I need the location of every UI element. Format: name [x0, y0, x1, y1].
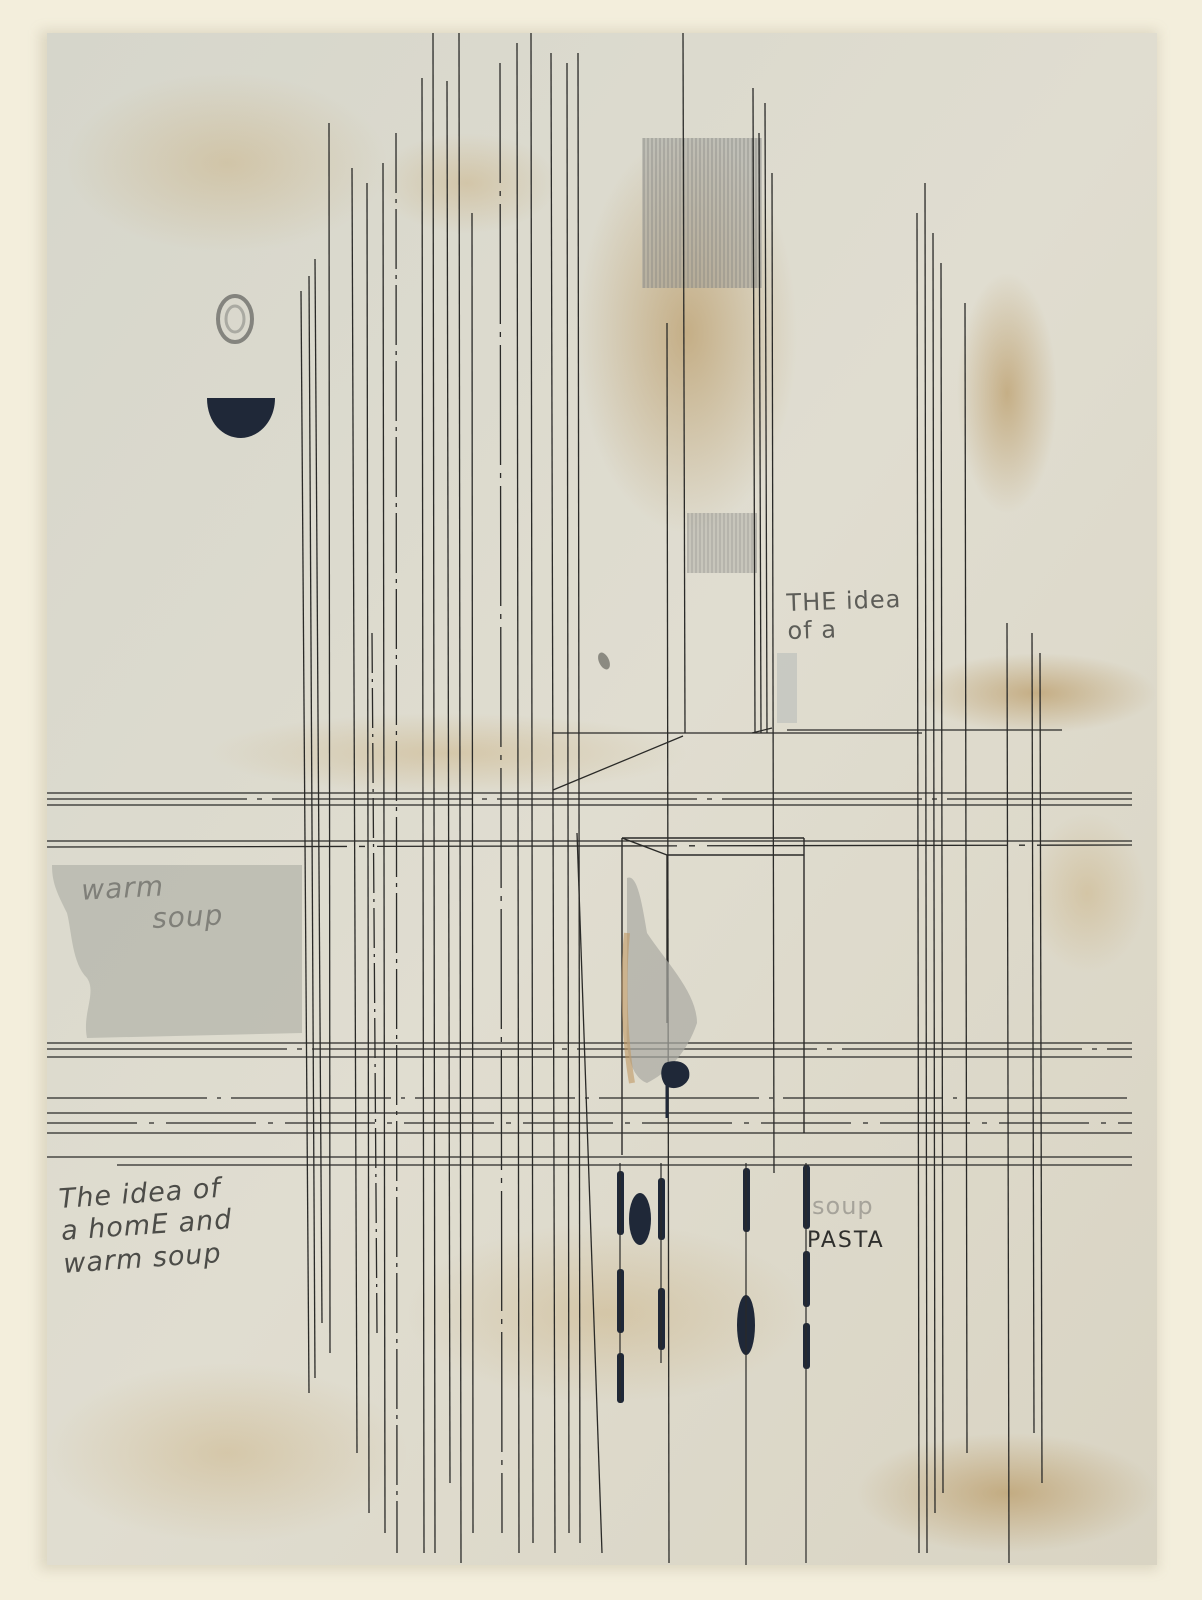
handwriting-warm-soup: warm soup [80, 867, 224, 939]
handwriting-soup: soup [812, 1193, 874, 1221]
pencil-hatching [642, 138, 762, 288]
handwriting-the-idea-of-a: THE idea of a [786, 586, 903, 645]
artwork-paper: THE idea of a warm soup The idea of a ho… [47, 33, 1157, 1565]
handwriting-home-note: The idea of a homE and warm soup [58, 1172, 236, 1281]
artwork-drawing [47, 33, 1157, 1565]
handwriting-pasta: PASTA [807, 1228, 885, 1253]
